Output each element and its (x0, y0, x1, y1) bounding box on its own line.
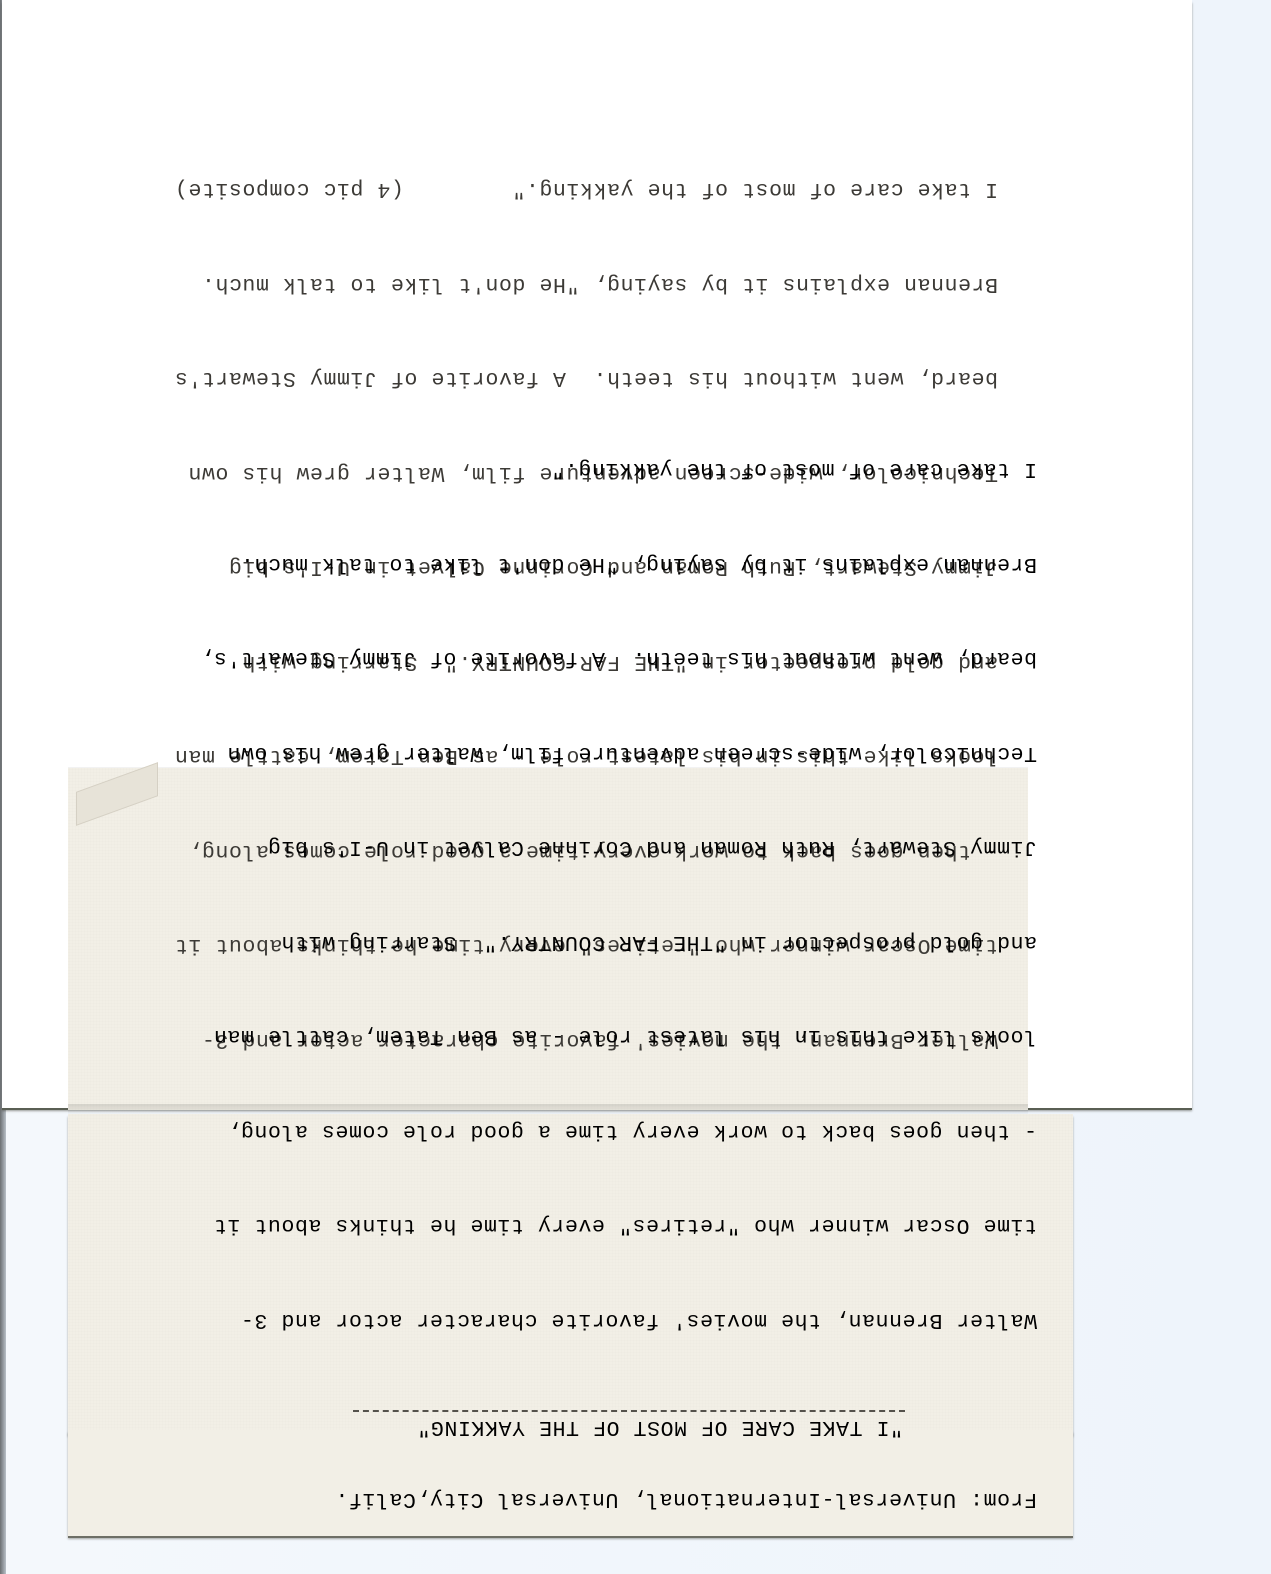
caption-line: Technicolor, wide-screen adventure film,… (200, 737, 1037, 769)
caption-clipping-bottom-text: From: Universal-International, Universal… (68, 1114, 1073, 1536)
caption-line: Brennan explains it by saying, "He don't… (174, 268, 998, 300)
caption-line: beard, went without his teeth. A favorit… (174, 362, 998, 394)
caption-body-bottom: Walter Brennan, the movies' favorite cha… (200, 390, 1037, 1398)
caption-line: beard, went without his teeth. A favorit… (200, 642, 1037, 674)
caption-line: Jimmy Stewart, Ruth Roman and Corinne Ca… (200, 831, 1037, 863)
caption-line: Walter Brennan, the movies' favorite cha… (200, 1304, 1037, 1336)
caption-line: time Oscar winner who "retires" every ti… (200, 1209, 1037, 1241)
caption-line: - then goes back to work every time a go… (200, 1115, 1037, 1147)
caption-line: looks like this in his latest role - as … (200, 1020, 1037, 1052)
headline-underline (353, 1410, 905, 1412)
headline: "I TAKE CARE OF MOST OF THE YAKKING" (417, 1411, 903, 1443)
source-line: From: Universal-International, Universal… (335, 1483, 1037, 1515)
caption-line: I take care of most of the yakking." (200, 453, 1037, 485)
caption-line: I take care of most of the yakking." (4 … (174, 173, 998, 205)
caption-line: and gold prospector in "THE FAR COUNTRY.… (200, 926, 1037, 958)
caption-line: Brennan explains it by saying, "He don't… (200, 548, 1037, 580)
